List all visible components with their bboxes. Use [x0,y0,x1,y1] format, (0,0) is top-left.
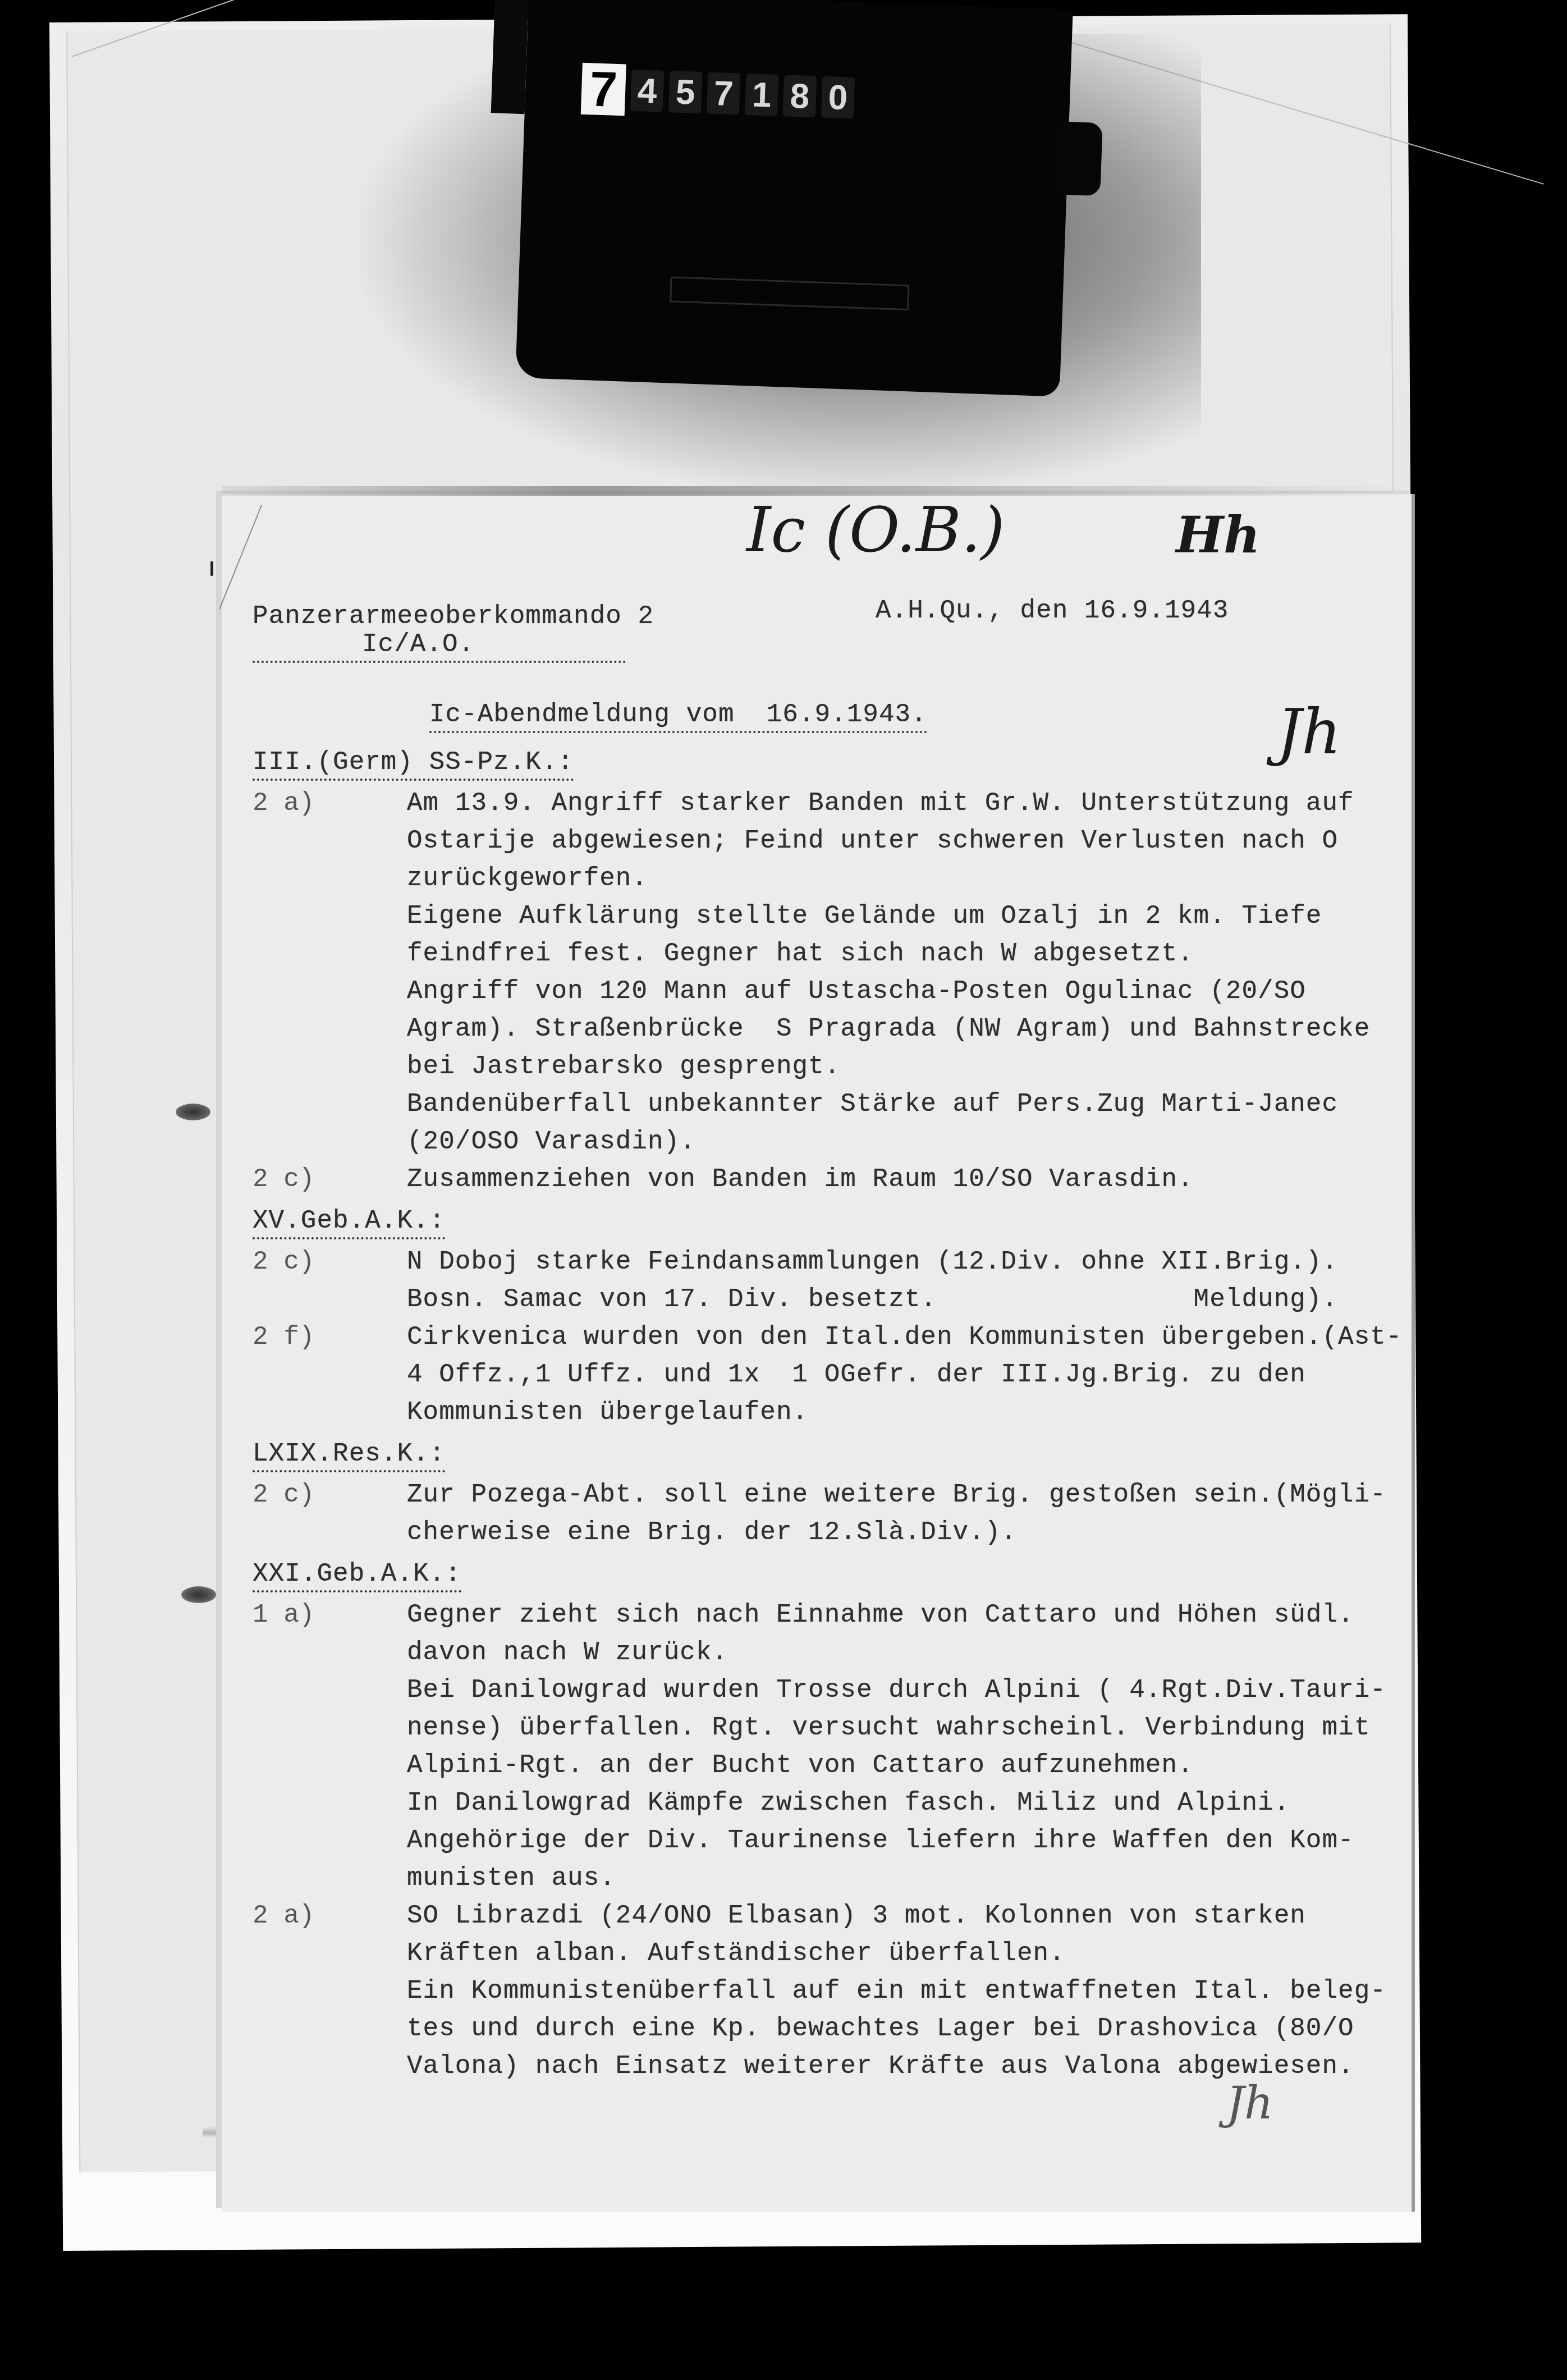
entry-label: 2 c) [253,1247,314,1276]
report-line: tes und durch eine Kp. bewachtes Lager b… [407,2014,1354,2043]
section-heading: LXIX.Res.K.: [253,1441,445,1472]
section-heading: III.(Germ) SS-Pz.K.: [253,749,574,781]
corner-fold [219,505,262,610]
entry-label: 1 a) [253,1600,314,1630]
counter-arm [491,0,529,114]
sender-line: Panzerarmeeoberkommando 2 [253,603,654,629]
counter-digit: 5 [668,71,703,113]
counter-digit: 7 [707,72,741,115]
report-line: 4 Offz.,1 Uffz. und 1x 1 OGefr. der III.… [407,1360,1306,1389]
handwritten-initials: Jh [1226,2077,1273,2129]
handwritten-ic-ob: Ic (O.B.) [746,494,1005,566]
counter-digit: 8 [783,75,817,117]
counter-digit: 4 [630,70,665,112]
counter-digit: 0 [821,76,855,119]
handwritten-initials: Jh [1277,696,1341,768]
entry-label: 2 a) [253,1901,314,1930]
report-line: Valona) nach Einsatz weiterer Kräfte aus… [407,2052,1354,2081]
entry-label: 2 c) [253,1165,314,1194]
counter-knob [1050,121,1102,196]
report-line: Zur Pozega-Abt. soll eine weitere Brig. … [407,1480,1386,1509]
entry-label: 2 a) [253,789,314,818]
report-line: (20/OSO Varasdin). [407,1127,696,1156]
report-line: Kommunisten übergelaufen. [407,1398,808,1427]
report-line: zurückgeworfen. [407,864,648,893]
entry-label: 2 f) [253,1322,314,1352]
report-line: davon nach W zurück. [407,1638,728,1667]
punch-hole [181,1586,216,1603]
report-line: SO Librazdi (24/ONO Elbasan) 3 mot. Kolo… [407,1901,1306,1930]
report-line: Bandenüberfall unbekannter Stärke auf Pe… [407,1090,1338,1119]
report-line: Bosn. Samac von 17. Div. besetzt. Meldun… [407,1285,1338,1314]
report-line: cherweise eine Brig. der 12.Slà.Div.). [407,1518,1017,1547]
counter-digits: 7 4 5 7 1 8 0 [581,63,855,124]
document-page: Ic (O.B.) Hh Jh Jh Panzerarmeeoberkomman… [222,494,1415,2212]
report-title: Ic-Abendmeldung vom 16.9.1943. [429,702,927,733]
section-heading: XXI.Geb.A.K.: [253,1561,461,1592]
report-line: Eigene Aufklärung stellte Gelände um Oza… [407,901,1322,931]
sender-office: Ic/A.O. [253,631,626,663]
section-heading: XV.Geb.A.K.: [253,1208,445,1239]
counter-slot [670,276,909,310]
report-line: N Doboj starke Feindansammlungen (12.Div… [407,1247,1338,1276]
report-line: feindfrei fest. Gegner hat sich nach W a… [407,939,1194,968]
report-line: Angriff von 120 Mann auf Ustascha-Posten… [407,977,1306,1006]
place-date: A.H.Qu., den 16.9.1943 [876,598,1229,624]
report-line: Kräften alban. Aufständischer überfallen… [407,1939,1065,1968]
handwritten-initials: Hh [1176,505,1260,565]
punch-hole [176,1104,210,1120]
counter-digit: 1 [745,74,779,116]
counter-digit: 7 [581,63,626,116]
report-line: Angehörige der Div. Taurinense liefern i… [407,1826,1354,1855]
report-line: Ein Kommunistenüberfall auf ein mit entw… [407,1976,1386,2006]
report-line: Am 13.9. Angriff starker Banden mit Gr.W… [407,789,1354,818]
report-line: Agram). Straßenbrücke S Pragrada (NW Agr… [407,1014,1370,1043]
report-line: Alpini-Rgt. an der Bucht von Cattaro auf… [407,1751,1194,1780]
report-line: nense) überfallen. Rgt. versucht wahrsch… [407,1713,1370,1742]
report-line: Ostarije abgewiesen; Feind unter schwere… [407,826,1338,855]
report-line: Cirkvenica wurden von den Ital.den Kommu… [407,1322,1402,1352]
report-line: Bei Danilowgrad wurden Trosse durch Alpi… [407,1676,1386,1705]
report-line: Zusammenziehen von Banden im Raum 10/SO … [407,1165,1194,1194]
report-line: Gegner zieht sich nach Einnahme von Catt… [407,1600,1354,1630]
margin-mark [210,561,213,576]
report-line: In Danilowgrad Kämpfe zwischen fasch. Mi… [407,1788,1290,1818]
report-line: bei Jastrebarsko gesprengt. [407,1052,840,1081]
entry-label: 2 c) [253,1480,314,1509]
report-line: munisten aus. [407,1864,616,1893]
frame-counter-device: 7 4 5 7 1 8 0 [515,0,1073,397]
